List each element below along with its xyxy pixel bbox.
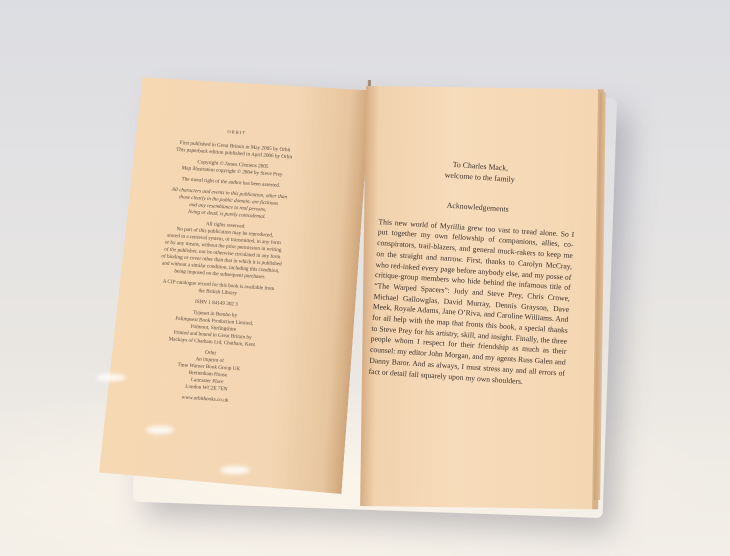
- dedication: To Charles Mack, welcome to the family: [382, 154, 579, 189]
- acknowledgements-title: Acknowledgements: [380, 196, 576, 220]
- publisher-address: Orbit An imprint of Time Warner Book Gro…: [111, 344, 305, 398]
- light-reflection: [220, 466, 250, 474]
- left-page-copyright: ORBIT First published in Great Britain i…: [98, 77, 372, 494]
- right-page-acknowledgements: To Charles Mack, welcome to the family A…: [360, 86, 604, 509]
- light-reflection: [146, 426, 174, 434]
- light-reflection: [96, 374, 126, 381]
- rights-notice: All rights reserved. No part of this pub…: [125, 216, 321, 284]
- acknowledgements-page-text: To Charles Mack, welcome to the family A…: [368, 154, 578, 390]
- copyright-page-text: ORBIT First published in Great Britain i…: [110, 122, 332, 413]
- acknowledgements-body: This new world of Myrillia grew too vast…: [368, 217, 574, 390]
